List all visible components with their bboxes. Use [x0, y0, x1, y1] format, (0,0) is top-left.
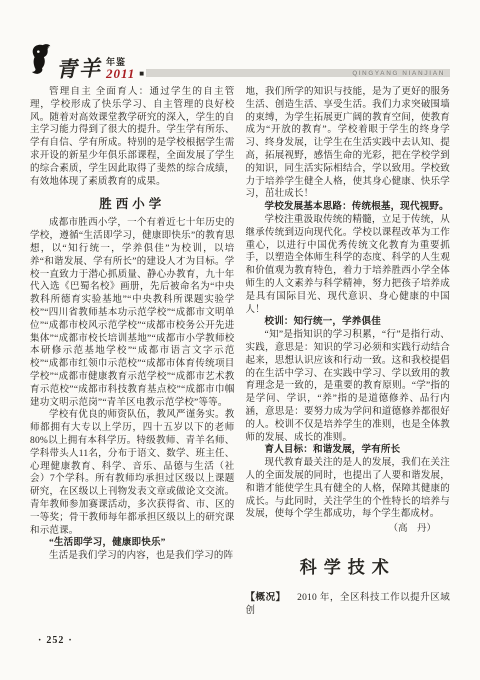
right-column: 地，我们所学的知识与技能，是为了更好的服务生活、创造生活、享受生活。我们力求突破… — [246, 86, 451, 628]
paragraph-school-intro: 成都市胜西小学，一个有着近七十年历史的学校，遵循“生活即学习，健康即快乐”的教育… — [30, 217, 235, 409]
paragraph-management: 管理自主 全面育人：通过学生的自主管理，学校形成了快乐学习、自主管理的良好校风。… — [30, 86, 235, 188]
two-column-body: 管理自主 全面育人：通过学生的自主管理，学校形成了快乐学习、自主管理的良好校风。… — [30, 86, 450, 628]
paragraph-goal-explained: 现代教育最关注的是人的发展，我们在关注人的全面发展的同时，也提出了人要和谐发展，… — [246, 457, 451, 521]
paragraph-motto-explained: “知”是指知识的学习积累，“行”是指行动、实践，意思是：知识的学习必须和实践行动… — [246, 329, 451, 444]
subhead-development-principle: 学校发展基本思路：传统根基，现代视野。 — [246, 201, 451, 214]
brand-year: 2011 — [106, 67, 135, 80]
brand-title-script: 青羊 — [56, 58, 103, 81]
page-header: 青羊 年鉴 2011 ■ QINGYANG NIANJIAN — [30, 44, 450, 80]
paragraph-faculty: 学校有优良的师资队伍，教风严谨务实。教师都拥有大专以上学历，四十五岁以下的老师8… — [30, 409, 235, 537]
paragraph-overview: 【概况】 2010 年，全区科技工作以提升区域创 — [246, 592, 451, 618]
subhead-education-goal: 育人目标：和谐发展，学有所长 — [246, 444, 451, 457]
page-number-dot-right: · — [68, 635, 72, 646]
paragraph-life-learning-continued: 地，我们所学的知识与技能，是为了更好的服务生活、创造生活、享受生活。我们力求突破… — [246, 86, 451, 201]
subhead-life-is-learning: “生活即学习，健康即快乐” — [30, 537, 235, 550]
goat-mascot-logo-icon — [30, 43, 54, 80]
yearbook-page: 青羊 年鉴 2011 ■ QINGYANG NIANJIAN 管理自主 全面育人… — [0, 0, 480, 680]
paragraph-tradition-modern: 学校注重汲取传统的精髓，立足于传统，从继承传统到迈向现代化。学校以课程改革为工作… — [246, 214, 451, 316]
section-title-science-technology: 科学技术 — [246, 553, 451, 578]
paragraph-life-learning-start: 生活是我们学习的内容，也是我们学习的阵 — [30, 550, 235, 563]
overview-label: 【概况】 — [246, 593, 286, 603]
page-number-dot-left: · — [38, 635, 42, 646]
brand-stack: 年鉴 2011 — [106, 58, 135, 80]
page-number: ·252· — [34, 635, 77, 646]
page-number-value: 252 — [46, 635, 64, 646]
header-band-text: QINGYANG NIANJIAN — [352, 70, 450, 77]
author-byline: （高 丹） — [246, 523, 451, 536]
square-mark-icon: ■ — [139, 70, 144, 78]
header-rule-band: QINGYANG NIANJIAN — [146, 69, 450, 77]
subhead-school-motto: 校训：知行统一，学养俱佳 — [246, 316, 451, 329]
section-title-shengxi-primary-school: 胜西小学 — [30, 194, 235, 212]
left-column: 管理自主 全面育人：通过学生的自主管理，学校形成了快乐学习、自主管理的良好校风。… — [30, 86, 235, 628]
